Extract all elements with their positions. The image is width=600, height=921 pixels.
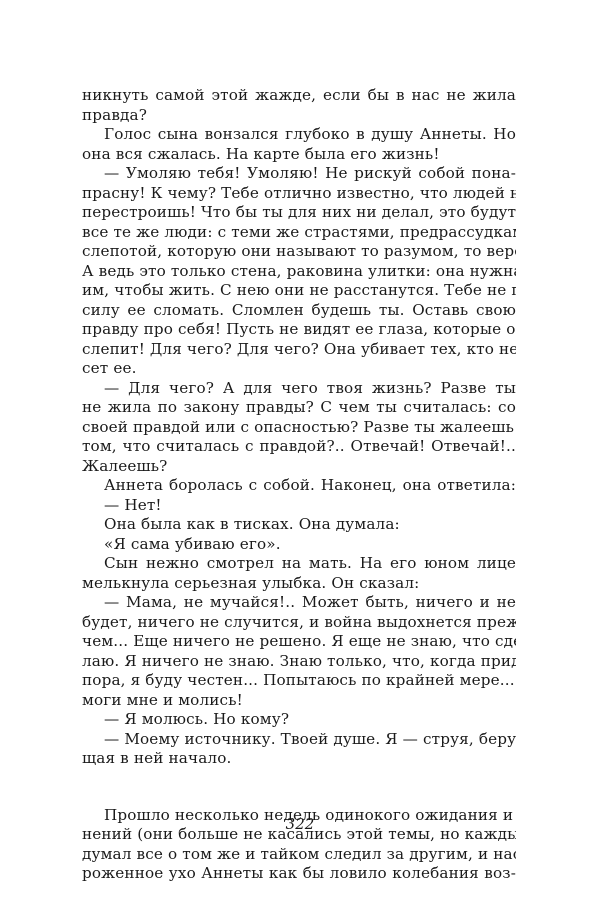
text-line: щая в ней начало. <box>82 749 516 769</box>
text-line: своей правдой или с опасностью? Разве ты… <box>82 418 516 438</box>
text-line: А ведь это только стена, раковина улитки… <box>82 262 516 282</box>
text-line: Она была как в тисках. Она думала: <box>82 515 516 535</box>
text-line: слепотой, которую они называют то разумо… <box>82 242 516 262</box>
book-page: никнуть самой этой жажде, если бы в нас … <box>0 0 600 921</box>
text-line: лаю. Я ничего не знаю. Знаю только, что,… <box>82 652 516 672</box>
text-line: Жалеешь? <box>82 457 516 477</box>
text-line: роженное ухо Аннеты как бы ловило колеба… <box>82 864 516 884</box>
text-line: — Для чего? А для чего твоя жизнь? Разве… <box>82 379 516 399</box>
text-line: им, чтобы жить. С нею они не расстанутся… <box>82 281 516 301</box>
text-line: прасну! К чему? Тебе отлично известно, ч… <box>82 184 516 204</box>
text-line: моги мне и молись! <box>82 691 516 711</box>
text-line: она вся сжалась. На карте была его жизнь… <box>82 145 516 165</box>
text-line: правда? <box>82 106 516 126</box>
text-line: мелькнула серьезная улыбка. Он сказал: <box>82 574 516 594</box>
text-line: не жила по закону правды? С чем ты счита… <box>82 398 516 418</box>
text-line: Голос сына вонзался глубоко в душу Аннет… <box>82 125 516 145</box>
text-line: — Мама, не мучайся!.. Может быть, ничего… <box>82 593 516 613</box>
text-line: пора, я буду честен... Попытаюсь по край… <box>82 671 516 691</box>
text-line: силу ее сломать. Сломлен будешь ты. Оста… <box>82 301 516 321</box>
text-line: — Моему источнику. Твоей душе. Я — струя… <box>82 730 516 750</box>
text-line: — Я молюсь. Но кому? <box>82 710 516 730</box>
text-line: «Я сама убиваю его». <box>82 535 516 555</box>
section-break <box>82 769 516 806</box>
text-line: сет ее. <box>82 359 516 379</box>
text-line: Сын нежно смотрел на мать. На его юном л… <box>82 554 516 574</box>
text-line: том, что считалась с правдой?.. Отвечай!… <box>82 437 516 457</box>
text-line: правду про себя! Пусть не видят ее глаза… <box>82 320 516 340</box>
text-line: все те же люди: с теми же страстями, пре… <box>82 223 516 243</box>
text-line: перестроишь! Что бы ты для них ни делал,… <box>82 203 516 223</box>
text-line: Аннета боролась с собой. Наконец, она от… <box>82 476 516 496</box>
text-line: слепит! Для чего? Для чего? Она убивает … <box>82 340 516 360</box>
page-number: 322 <box>280 815 320 833</box>
page-body-text: никнуть самой этой жажде, если бы в нас … <box>82 86 516 884</box>
text-line: никнуть самой этой жажде, если бы в нас … <box>82 86 516 106</box>
text-line: — Нет! <box>82 496 516 516</box>
text-line: думал все о том же и тайком следил за др… <box>82 845 516 865</box>
text-line: — Умоляю тебя! Умоляю! Не рискуй собой п… <box>82 164 516 184</box>
text-line: чем... Еще ничего не решено. Я еще не зн… <box>82 632 516 652</box>
text-line: будет, ничего не случится, и война выдох… <box>82 613 516 633</box>
